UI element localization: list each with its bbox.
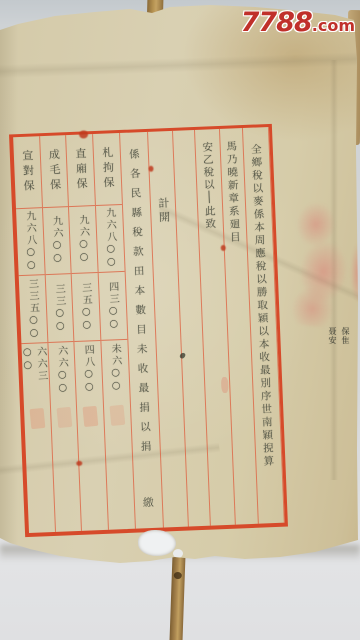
paper-tear-hole xyxy=(173,549,183,558)
photo-of-old-document: 宣對保 九六八○○ 三三五○○ 六六三○○ 成毛保 九六○○ 三三○○ 六六○○… xyxy=(0,0,360,640)
small-red-stamp xyxy=(56,407,72,428)
faint-red-smudge xyxy=(221,377,229,393)
ledger-value: 三五○○ xyxy=(78,282,95,333)
ledger-value: 三三○○ xyxy=(51,283,68,334)
list-heading: 計開 xyxy=(152,131,172,226)
ledger-header: 宣對保 xyxy=(19,149,37,195)
ledger-value: 九六八○○ xyxy=(22,210,39,273)
small-red-stamp xyxy=(109,405,125,426)
ledger-value: 四八○○ xyxy=(80,344,97,399)
ledger-value: 六六三○○ xyxy=(22,346,50,401)
stick-knot xyxy=(174,572,182,579)
closing-text: 安乙稅以│此致 xyxy=(199,129,218,231)
ledger-value: 四三○○ xyxy=(104,281,121,332)
ledger-header: 札拘保 xyxy=(99,146,117,192)
small-red-stamp xyxy=(83,406,99,427)
ledger-value: 九六○○ xyxy=(75,214,92,265)
ledger-value: 六六○○ xyxy=(54,345,71,400)
ledger-value: 九六○○ xyxy=(48,215,65,266)
report-text: 馬乃曉新章系廻目 xyxy=(223,128,243,245)
watermark-tld: .com xyxy=(312,16,355,35)
wooden-stick-bottom xyxy=(169,552,185,640)
ledger-header: 直廂保 xyxy=(72,147,90,193)
red-ruled-register-table: 宣對保 九六八○○ 三三五○○ 六六三○○ 成毛保 九六○○ 三三○○ 六六○○… xyxy=(9,124,288,537)
ledger-value: 未六○○ xyxy=(107,343,124,398)
small-red-stamp xyxy=(30,408,46,429)
ledger-value: 九六八○○ xyxy=(102,207,119,270)
margin-annotation: 保隹 聂安 xyxy=(318,327,352,363)
summary-footer-char: 繳 xyxy=(135,494,163,511)
site-watermark: 7788.com xyxy=(241,7,355,38)
aged-document-sheet: 宣對保 九六八○○ 三三五○○ 六六三○○ 成毛保 九六○○ 三三○○ 六六○○… xyxy=(0,0,360,640)
ledger-header: 成毛保 xyxy=(45,148,63,194)
edge-seal-smudge xyxy=(349,233,360,313)
paper-crease xyxy=(0,51,360,79)
watermark-site-number: 7788 xyxy=(241,7,312,38)
paper-tear-hole xyxy=(138,530,176,556)
ledger-value: 三三五○○ xyxy=(24,278,41,341)
